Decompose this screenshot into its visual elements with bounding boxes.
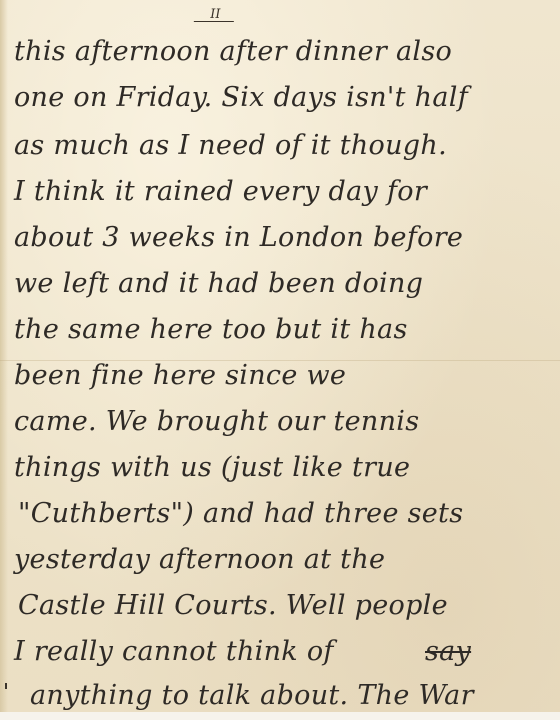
text-line: anything to talk about. The War [30, 680, 474, 711]
scan-border [0, 712, 560, 720]
margin-ink-mark [5, 683, 7, 689]
struck-through-word: say [425, 636, 471, 667]
text-line: Castle Hill Courts. Well people [18, 590, 448, 621]
text-line: yesterday afternoon at the [14, 544, 385, 575]
page-number: II [194, 8, 236, 22]
text-line: "Cuthberts") and had three sets [18, 498, 463, 529]
text-line: the same here too but it has [14, 314, 408, 345]
text-line: about 3 weeks in London before [14, 222, 463, 253]
text-line: one on Friday. Six days isn't half [14, 82, 468, 113]
text-line: as much as I need of it though. [14, 130, 447, 161]
text-line: this afternoon after dinner also [14, 36, 514, 67]
text-line: things with us (just like true [14, 452, 410, 483]
text-line: came. We brought our tennis [14, 406, 419, 437]
letter-page: II this afternoon after dinner also one … [0, 0, 560, 712]
text-line: we left and it had been doing [14, 268, 423, 299]
text-line: I really cannot think of [14, 636, 334, 667]
text-line: I think it rained every day for [14, 176, 427, 207]
text-line: been fine here since we [14, 360, 346, 391]
